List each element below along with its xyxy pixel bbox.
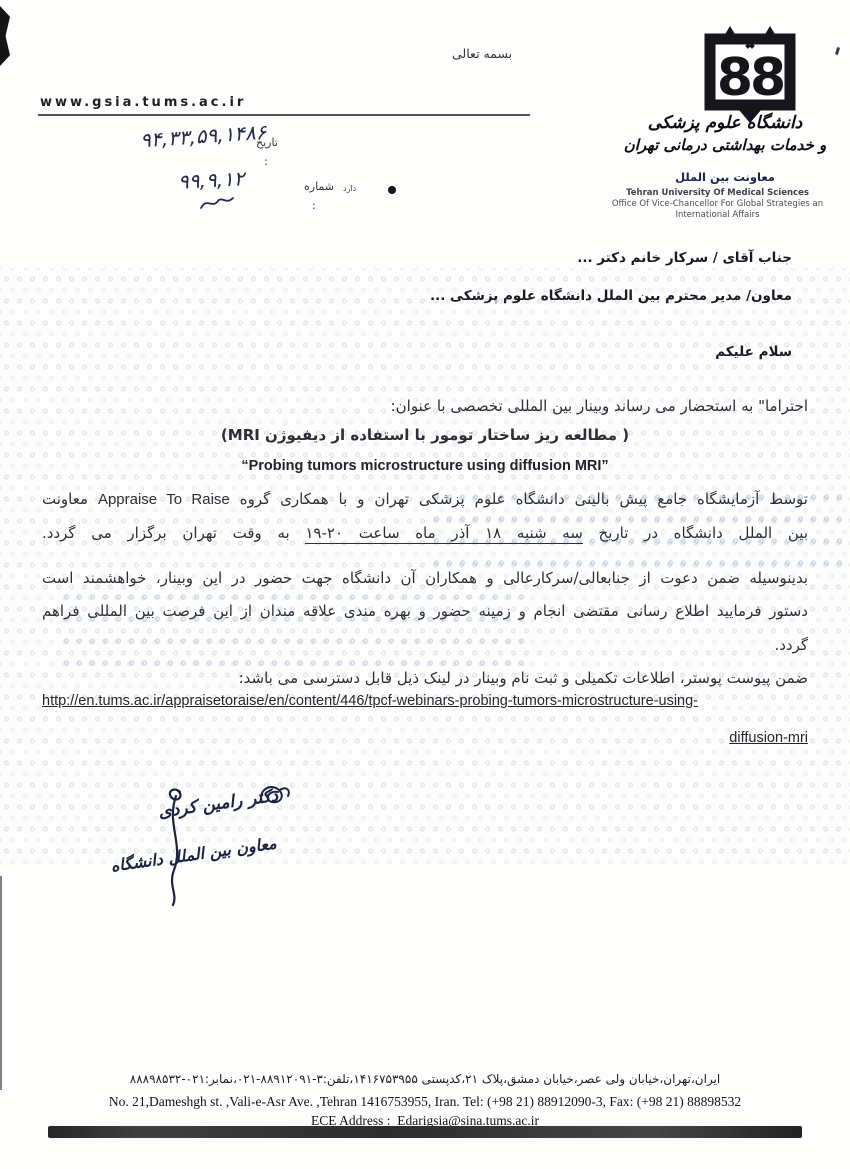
bismillah-text: بسمه تعالی <box>452 46 512 61</box>
appraise-to-raise-group: Appraise To Raise <box>98 491 230 508</box>
webinar-title-persian: ( مطالعه ریز ساختار تومور با استفاده از … <box>42 423 808 447</box>
body-paragraph3-line2: دستور فرمایید اطلاع رسانی مقتضی انجام و … <box>42 599 808 623</box>
webinar-link-text2[interactable]: diffusion-mri <box>729 730 808 746</box>
body-paragraph3-line1: بدینوسیله ضمن دعوت از جنابعالی/سرکارعالی… <box>42 566 808 590</box>
website-url: www.gsia.tums.ac.ir <box>40 95 246 110</box>
scan-artifact-corner-blob <box>0 6 10 66</box>
p2l2-pre: بین الملل دانشگاه در تاریخ <box>583 524 808 542</box>
handwritten-scribble <box>198 194 236 212</box>
scanned-letter-page: بسمه تعالی www.gsia.tums.ac.ir 88 دانشگا… <box>0 0 850 1169</box>
footer-address-persian: ایران،تهران،خیابان ولی عصر،خیابان دمشق،پ… <box>0 1072 850 1086</box>
svg-text:88: 88 <box>717 48 783 108</box>
body-paragraph4: ضمن پیوست پوستر، اطلاعات تکمیلی و ثبت نا… <box>42 666 808 690</box>
signatory-title-handwritten: معاون بین الملل دانشگاه <box>109 833 277 875</box>
body-paragraph3-line3: گردد. <box>42 633 808 657</box>
university-name-english: Tehran University Of Medical Sciences Of… <box>585 188 850 221</box>
body-intro-line: احتراما" به استحضار می رساند وبینار بین … <box>42 394 808 418</box>
attachment-note: دارد <box>343 184 356 193</box>
handwritten-reference-number: ۹۴,۳۳,۵۹,۱۴۸۶ <box>139 120 267 153</box>
p2l1-post: معاونت <box>42 490 98 508</box>
p2l2-post: به وقت تهران برگزار می گردد. <box>42 524 305 542</box>
webinar-link-line2[interactable]: diffusion-mri <box>42 730 808 746</box>
scan-artifact-edge-line <box>0 876 2 1090</box>
p2l1-pre: توسط آزمایشگاه جامع پیش بالینی دانشگاه ع… <box>230 490 808 508</box>
webinar-title-english: “Probing tumors microstructure using dif… <box>42 454 808 478</box>
footer-address-english: No. 21,Dameshgh st. ,Vali-e-Asr Ave. ,Te… <box>0 1094 850 1110</box>
date-label-colon: : <box>264 155 268 168</box>
university-name-en-line2: Office Of Vice-Chancellor For Global Str… <box>585 199 850 210</box>
department-name-persian: معاونت بین الملل <box>600 170 850 184</box>
recipient-line2: معاون/ مدیر محترم بین الملل دانشگاه علوم… <box>430 288 792 304</box>
footer-bar <box>48 1126 802 1138</box>
header-rule <box>38 114 530 116</box>
recipient-line1: جناب آقای / سرکار خانم دکتر ... <box>577 250 792 266</box>
university-name-en-line3: International Affairs <box>585 210 850 221</box>
body-paragraph2-line2: بین الملل دانشگاه در تاریخ سه شنبه ۱۸ آذ… <box>42 521 808 545</box>
body-paragraph2-line1: توسط آزمایشگاه جامع پیش بالینی دانشگاه ع… <box>42 487 808 512</box>
bullet-dot <box>388 186 396 194</box>
university-name-en-line1: Tehran University Of Medical Sciences <box>585 188 850 199</box>
signature-flourish <box>156 782 190 908</box>
salutation: سلام علیکم <box>715 344 792 360</box>
scan-artifact-speck <box>835 47 840 56</box>
university-name-fa-line1: دانشگاه علوم پزشکی <box>600 112 850 134</box>
webinar-link-text1[interactable]: http://en.tums.ac.ir/appraisetoraise/en/… <box>42 693 698 709</box>
webinar-date-time-underlined: سه شنبه ۱۸ آذر ماه ساعت ۲۰-۱۹ <box>305 524 583 544</box>
tums-logo-icon: 88 <box>698 24 802 124</box>
university-name-fa-line2: و خدمات بهداشتی درمانی تهران <box>600 134 850 156</box>
number-label: شماره <box>304 180 334 193</box>
university-name-persian: دانشگاه علوم پزشکی و خدمات بهداشتی درمان… <box>600 112 850 156</box>
number-label-colon: : <box>312 199 316 212</box>
webinar-link-line1[interactable]: http://en.tums.ac.ir/appraisetoraise/en/… <box>42 693 808 709</box>
handwritten-date: ۹۹,۹,۱۲ <box>177 166 245 193</box>
signature-mark <box>254 780 294 810</box>
